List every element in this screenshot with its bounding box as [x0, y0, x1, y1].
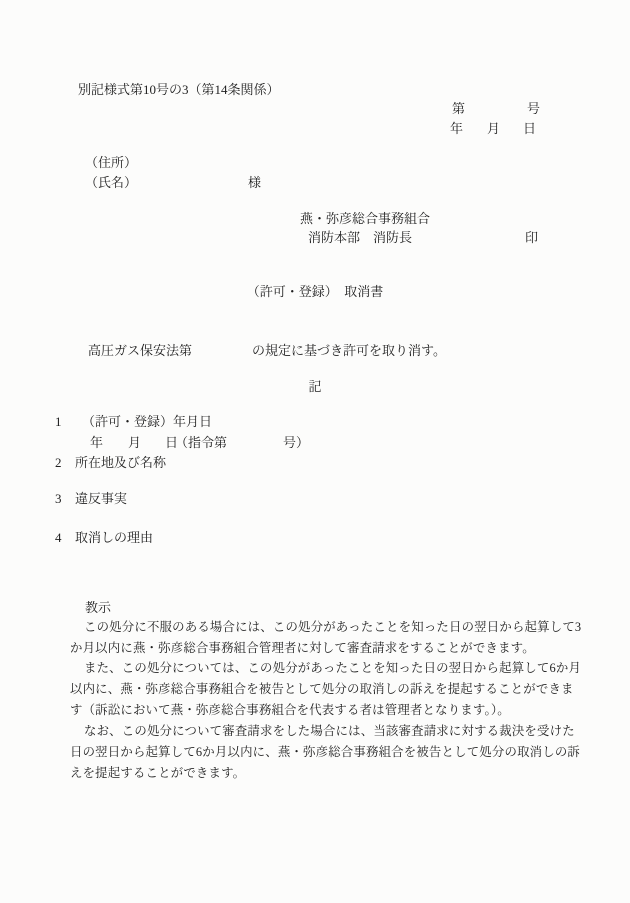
record-mark: 記	[0, 379, 630, 395]
notice-line: 日の翌日から起算して6か月以内に、燕・弥彦総合事務組合を被告として処分の取消しの…	[70, 745, 580, 761]
notice-line: この処分に不服のある場合には、この処分があったことを知った日の翌日から起算して3	[84, 620, 581, 636]
form-number: 別記様式第10号の3（第14条関係）	[78, 82, 280, 98]
date-day-label: 日	[523, 121, 536, 137]
item4-number: 4	[55, 530, 62, 546]
notice-line: か月以内に燕・弥彦総合事務組合管理者に対して審査請求をすることができます。	[70, 641, 535, 657]
doc-number-suffix: 号	[527, 101, 540, 117]
date-month-label: 月	[487, 121, 500, 137]
law-sentence-lead: 高圧ガス保安法第	[88, 343, 192, 359]
notice-line: えを提起することができます。	[70, 766, 245, 782]
notice-line: す（訴訟において燕・弥彦総合事務組合を代表する者は管理者となります。）。	[70, 703, 510, 719]
seal-mark: 印	[525, 230, 538, 246]
notice-line: なお、この処分について審査請求をした場合には、当該審査請求に対する裁決を受けた	[84, 724, 575, 740]
notice-heading: 教示	[85, 600, 111, 616]
recipient-address-label: （住所）	[85, 155, 137, 171]
item3-label: 違反事実	[75, 491, 127, 507]
notice-line: 以内に、燕・弥彦総合事務組合を被告として処分の取消しの訴えを提起することができま	[70, 682, 574, 698]
recipient-name-label: （氏名）	[85, 175, 137, 191]
item2-number: 2	[55, 455, 62, 471]
document-page: 別記様式第10号の3（第14条関係） 第 号 年 月 日 （住所） （氏名） 様…	[0, 0, 630, 903]
document-title: （許可・登録） 取消書	[0, 284, 630, 300]
recipient-honorific: 様	[248, 175, 261, 191]
item4-label: 取消しの理由	[75, 530, 153, 546]
doc-number-prefix: 第	[452, 101, 465, 117]
issuer-department: 消防本部 消防長	[308, 230, 412, 246]
law-sentence-tail: の規定に基づき許可を取り消す。	[252, 343, 446, 359]
date-year-label: 年	[450, 121, 463, 137]
item1-sub-month-label: 月	[128, 435, 141, 451]
item1-sub-directive-prefix: （指令第	[175, 435, 227, 451]
item1-number: 1	[55, 414, 62, 430]
notice-line: また、この処分については、この処分があったことを知った日の翌日から起算して6か月	[84, 661, 581, 677]
issuer-organization: 燕・弥彦総合事務組合	[300, 211, 430, 227]
item1-sub-directive-suffix: 号）	[283, 435, 309, 451]
item3-number: 3	[55, 491, 62, 507]
item2-label: 所在地及び名称	[75, 455, 166, 471]
item1-label: （許可・登録）年月日	[82, 414, 212, 430]
item1-sub-year-label: 年	[90, 435, 103, 451]
